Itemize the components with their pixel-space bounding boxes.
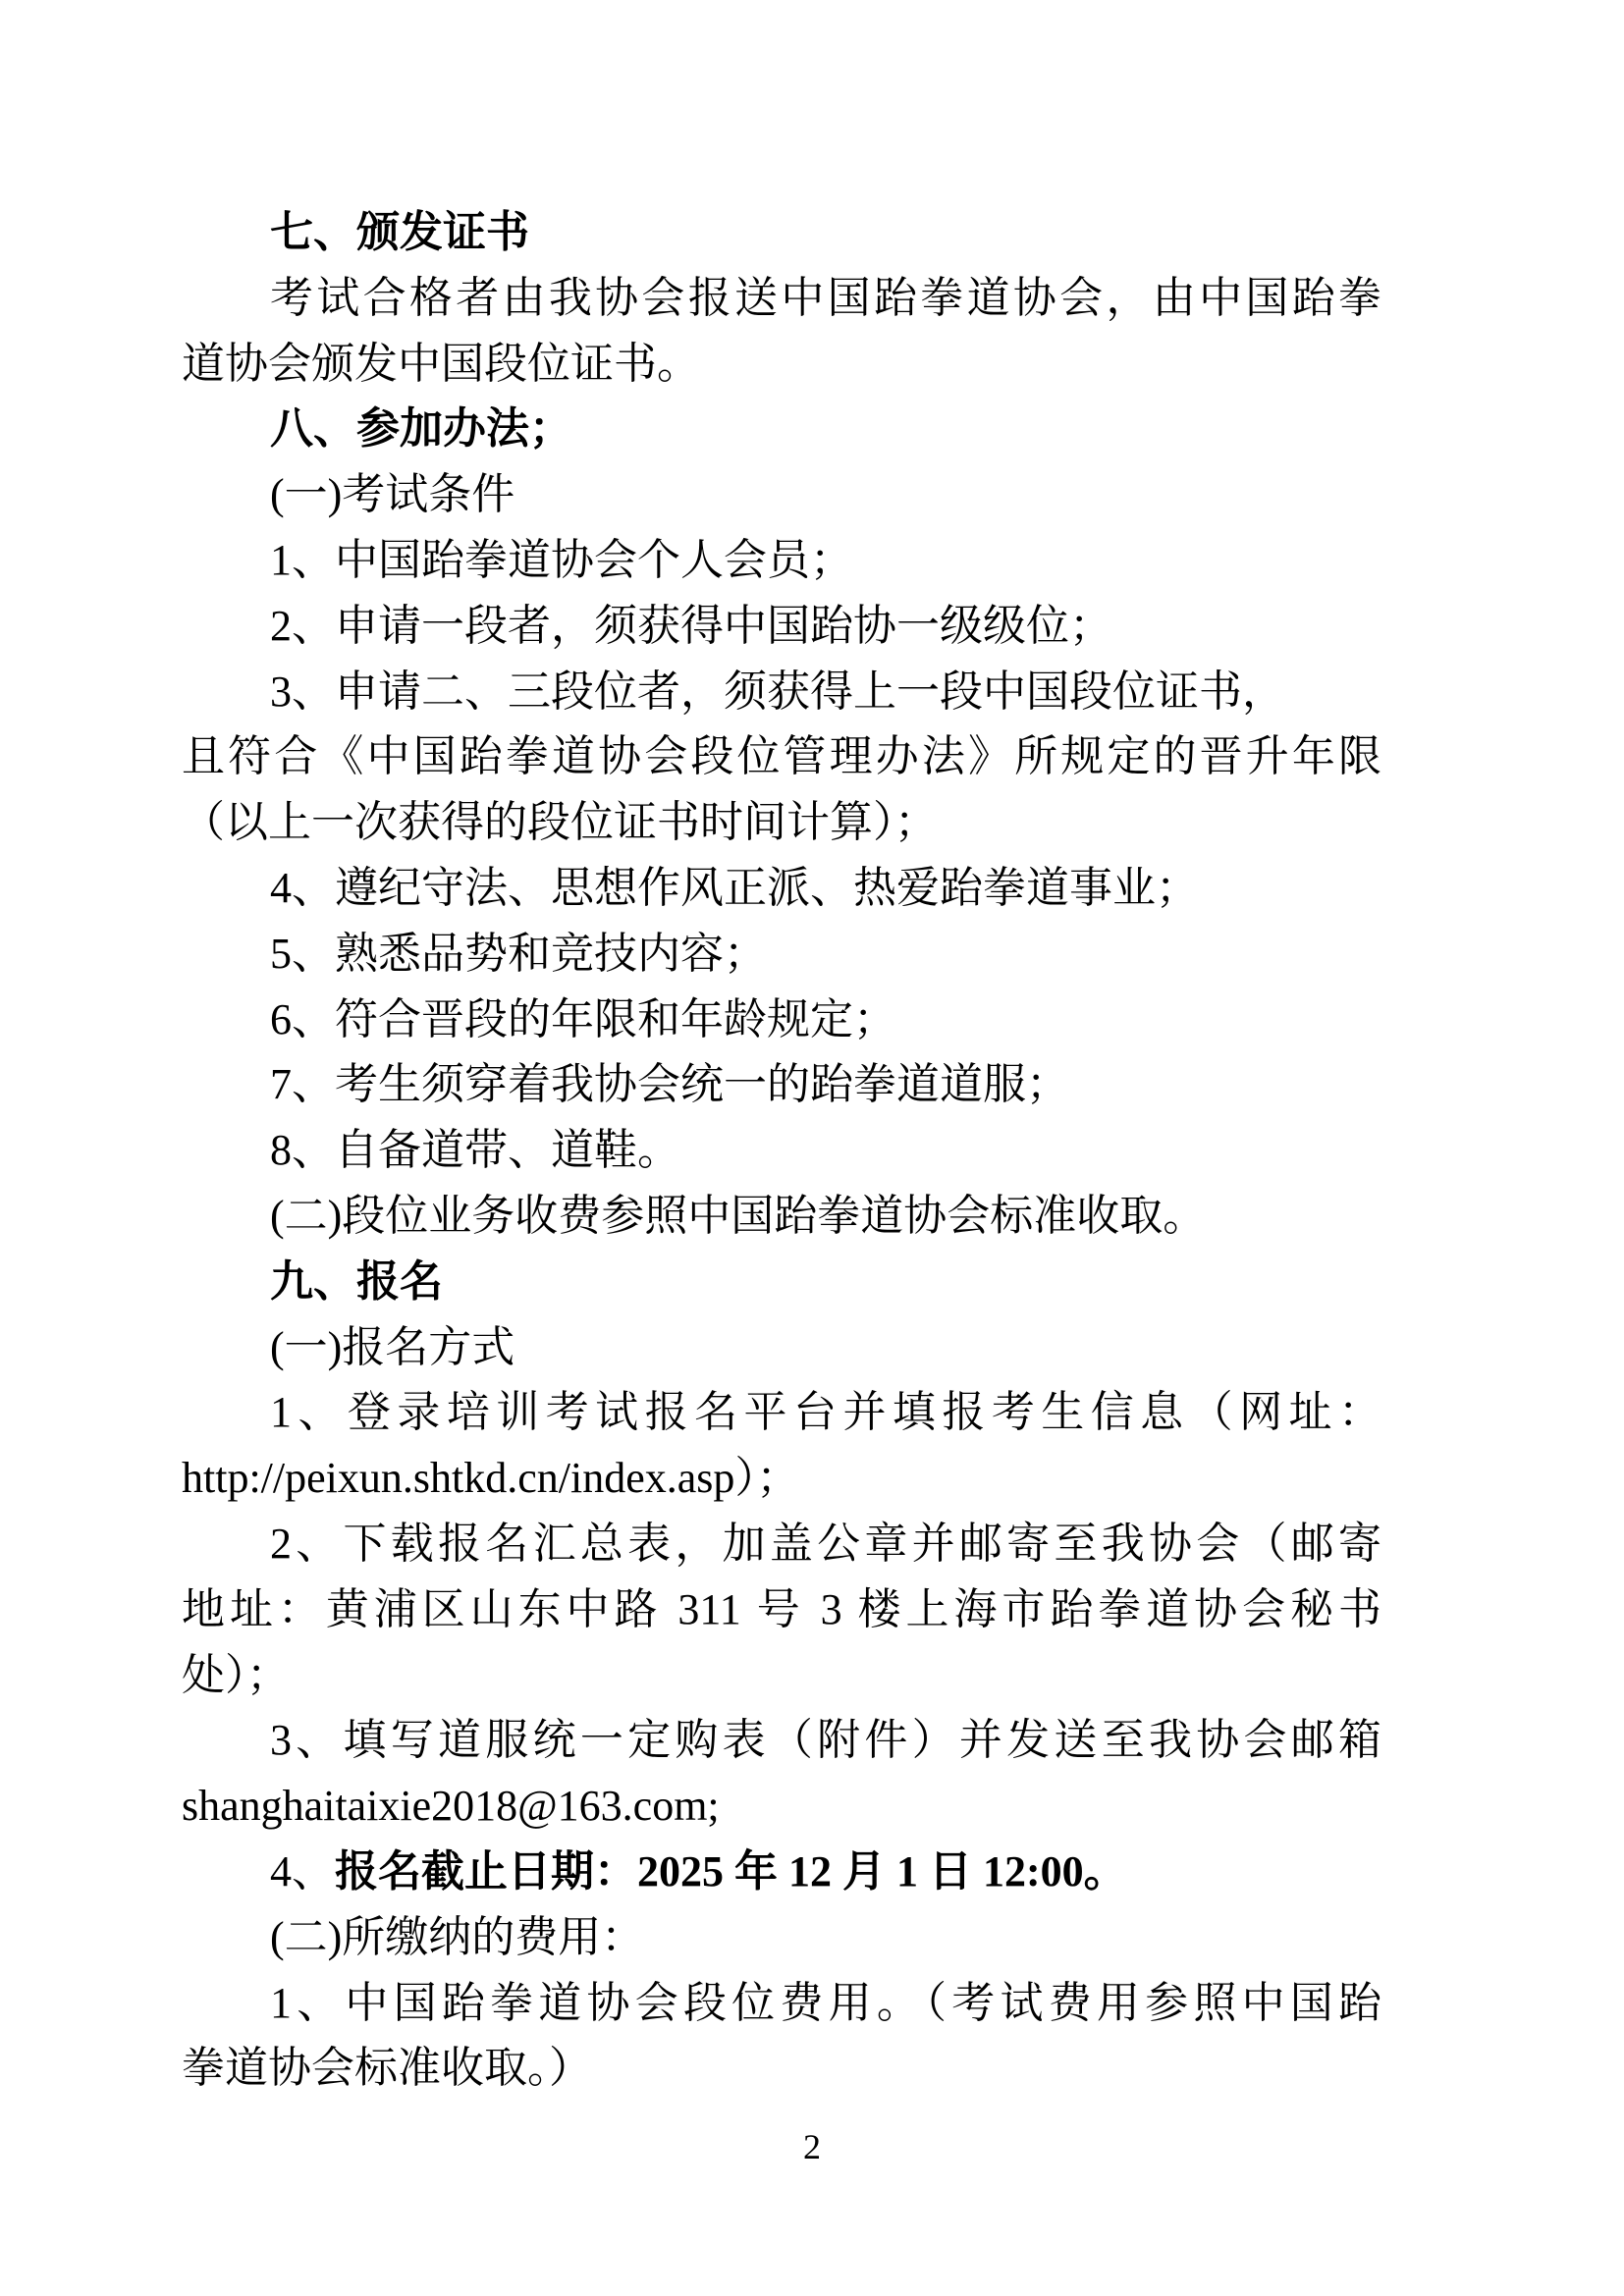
text-line: 2、下载报名汇总表，加盖公章并邮寄至我协会（邮寄 <box>182 1512 1381 1577</box>
text-run: 报名截止日期：2025 年 12 月 1 日 12:00。 <box>335 1847 1127 1896</box>
text-run: 1、登录培训考试报名平台并填报考生信息（网址： <box>270 1388 1381 1436</box>
text-line: （以上一次获得的段位证书时间计算）； <box>182 790 1381 856</box>
text-line: 道协会颁发中国段位证书。 <box>182 332 1381 398</box>
text-run: 处）； <box>182 1651 290 1699</box>
text-run: 6、符合晋段的年限和年龄规定； <box>270 995 896 1043</box>
text-line: 处）； <box>182 1643 1381 1709</box>
text-run: 九、报名 <box>270 1257 443 1306</box>
text-line: 3、填写道服统一定购表（附件）并发送至我协会邮箱 <box>182 1708 1381 1774</box>
text-line: 1、中国跆拳道协会个人会员； <box>182 528 1381 594</box>
text-run: 3、填写道服统一定购表（附件）并发送至我协会邮箱 <box>270 1716 1381 1764</box>
text-run: http://peixun.shtkd.cn/index.asp）； <box>182 1454 799 1502</box>
text-line: 考试合格者由我协会报送中国跆拳道协会，由中国跆拳 <box>182 266 1381 332</box>
text-run: 4、遵纪守法、思想作风正派、热爱跆拳道事业； <box>270 864 1199 912</box>
text-run: 七、颁发证书 <box>270 208 529 256</box>
text-line: 7、考生须穿着我协会统一的跆拳道道服； <box>182 1052 1381 1118</box>
text-run: 1、中国跆拳道协会段位费用。（考试费用参照中国跆 <box>270 1979 1381 2027</box>
text-run: 2、下载报名汇总表，加盖公章并邮寄至我协会（邮寄 <box>270 1520 1381 1568</box>
text-line: 九、报名 <box>182 1250 1381 1315</box>
text-run: 1、中国跆拳道协会个人会员； <box>270 536 853 584</box>
text-run: 八、参加办法； <box>270 404 572 453</box>
text-line: 4、遵纪守法、思想作风正派、热爱跆拳道事业； <box>182 856 1381 922</box>
text-line: 拳道协会标准收取。） <box>182 2036 1381 2102</box>
text-line: 3、申请二、三段位者，须获得上一段中国段位证书， <box>182 660 1381 725</box>
text-run: 考试合格者由我协会报送中国跆拳道协会，由中国跆拳 <box>270 274 1381 322</box>
text-line: 4、报名截止日期：2025 年 12 月 1 日 12:00。 <box>182 1840 1381 1905</box>
text-run: shanghaitaixie2018@163.com; <box>182 1782 720 1830</box>
text-line: (二)段位业务收费参照中国跆拳道协会标准收取。 <box>182 1184 1381 1250</box>
text-line: 七、颁发证书 <box>182 200 1381 266</box>
text-run: 地址：黄浦区山东中路 311 号 3 楼上海市跆拳道协会秘书 <box>182 1585 1381 1633</box>
text-run: 7、考生须穿着我协会统一的跆拳道道服； <box>270 1060 1069 1108</box>
text-run: (二)所缴纳的费用： <box>270 1913 644 1961</box>
text-run: 8、自备道带、道鞋。 <box>270 1126 680 1174</box>
text-line: (一)考试条件 <box>182 462 1381 528</box>
text-run: 5、熟悉品势和竞技内容； <box>270 930 767 978</box>
document-page: 七、颁发证书考试合格者由我协会报送中国跆拳道协会，由中国跆拳道协会颁发中国段位证… <box>0 0 1624 2296</box>
text-line: 2、申请一段者，须获得中国跆协一级级位； <box>182 594 1381 660</box>
text-line: 1、登录培训考试报名平台并填报考生信息（网址： <box>182 1380 1381 1446</box>
text-run: (一)报名方式 <box>270 1323 514 1371</box>
text-run: 4、 <box>270 1847 335 1896</box>
text-line: 1、中国跆拳道协会段位费用。（考试费用参照中国跆 <box>182 1971 1381 2037</box>
text-run: (一)考试条件 <box>270 470 514 518</box>
text-line: 八、参加办法； <box>182 397 1381 462</box>
text-line: shanghaitaixie2018@163.com; <box>182 1774 1381 1840</box>
text-line: 且符合《中国跆拳道协会段位管理办法》所规定的晋升年限 <box>182 724 1381 790</box>
text-run: 3、申请二、三段位者，须获得上一段中国段位证书， <box>270 667 1285 716</box>
page-number: 2 <box>0 2128 1624 2165</box>
text-line: http://peixun.shtkd.cn/index.asp）； <box>182 1446 1381 1512</box>
text-line: 地址：黄浦区山东中路 311 号 3 楼上海市跆拳道协会秘书 <box>182 1577 1381 1643</box>
text-run: 拳道协会标准收取。） <box>182 2044 592 2092</box>
text-run: (二)段位业务收费参照中国跆拳道协会标准收取。 <box>270 1192 1206 1240</box>
text-line: 6、符合晋段的年限和年龄规定； <box>182 988 1381 1053</box>
text-line: (二)所缴纳的费用： <box>182 1905 1381 1971</box>
text-line: (一)报名方式 <box>182 1315 1381 1381</box>
text-line: 8、自备道带、道鞋。 <box>182 1118 1381 1184</box>
text-line: 5、熟悉品势和竞技内容； <box>182 922 1381 988</box>
text-run: 道协会颁发中国段位证书。 <box>182 340 700 388</box>
text-run: 且符合《中国跆拳道协会段位管理办法》所规定的晋升年限 <box>182 732 1381 780</box>
text-run: （以上一次获得的段位证书时间计算）； <box>182 798 938 846</box>
text-run: 2、申请一段者，须获得中国跆协一级级位； <box>270 602 1112 650</box>
text-block: 七、颁发证书考试合格者由我协会报送中国跆拳道协会，由中国跆拳道协会颁发中国段位证… <box>182 200 1381 2102</box>
